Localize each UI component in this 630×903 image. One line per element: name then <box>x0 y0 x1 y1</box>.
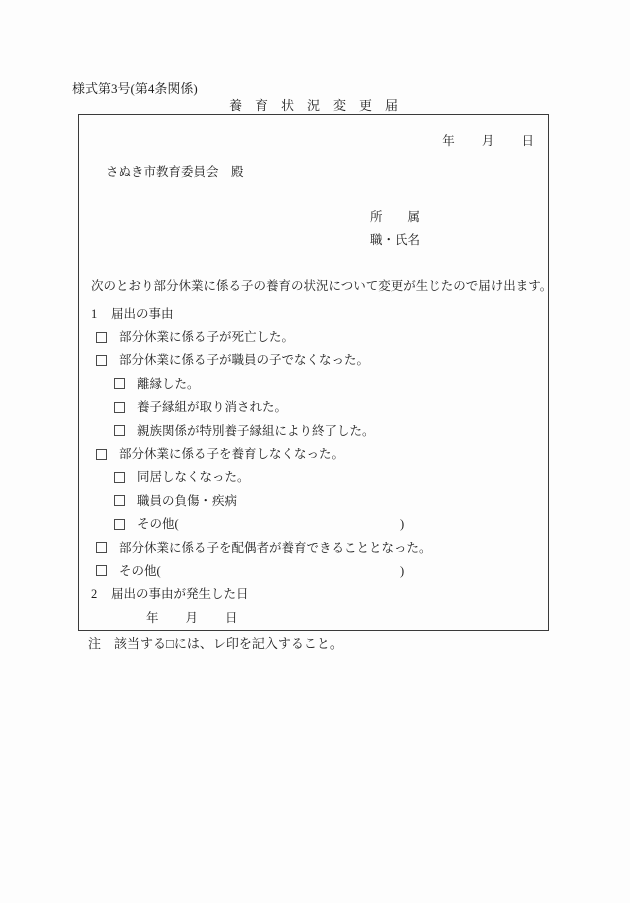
checkbox[interactable] <box>114 472 125 483</box>
checklist-item-label: 同居しなくなった。 <box>137 470 250 484</box>
checkbox[interactable] <box>114 519 125 530</box>
checkbox[interactable] <box>96 355 107 366</box>
document-page: 様式第3号(第4条関係) 養育状況変更届 年 月 日 さぬき市教育委員会 殿 所… <box>0 0 630 903</box>
year-label: 年 <box>442 134 455 148</box>
checklist-item: 同居しなくなった。 <box>79 466 548 489</box>
section-2-heading: 2 届出の事由が発生した日 <box>79 583 548 606</box>
checkbox[interactable] <box>114 402 125 413</box>
checklist: 部分休業に係る子が死亡した。部分休業に係る子が職員の子でなくなった。離縁した。養… <box>79 325 548 582</box>
checklist-item: 部分休業に係る子を配偶者が養育できることとなった。 <box>79 536 548 559</box>
checklist-item: 職員の負傷・疾病 <box>79 489 548 512</box>
checklist-item: その他() <box>79 559 548 582</box>
paren-close: ) <box>400 517 404 531</box>
checklist-item: 離縁した。 <box>79 372 548 395</box>
checklist-item: 親族関係が特別養子縁組により終了した。 <box>79 419 548 442</box>
checklist-item: 養子縁組が取り消された。 <box>79 396 548 419</box>
note-text: 該当する□には、レ印を記入すること。 <box>114 636 343 651</box>
signer-block: 所 属 職・氏名 <box>370 210 548 247</box>
date-line-top: 年 月 日 <box>79 134 548 148</box>
checklist-item: その他() <box>79 513 548 536</box>
checkbox[interactable] <box>96 332 107 343</box>
day-label: 日 <box>521 134 534 148</box>
day-label: 日 <box>225 611 238 625</box>
name-label: 職・氏名 <box>370 233 548 247</box>
checklist-item-label: 部分休業に係る子を養育しなくなった。 <box>119 447 344 461</box>
section-title: 届出の事由 <box>111 307 174 321</box>
year-label: 年 <box>146 611 159 625</box>
checkbox[interactable] <box>96 449 107 460</box>
checklist-item: 部分休業に係る子を養育しなくなった。 <box>79 442 548 465</box>
checklist-item-label: その他( <box>137 517 179 531</box>
checklist-item-label: 部分休業に係る子が死亡した。 <box>119 330 294 344</box>
checkbox[interactable] <box>114 425 125 436</box>
checklist-item-label: その他( <box>119 564 161 578</box>
checkbox[interactable] <box>96 565 107 576</box>
checklist-item-label: 職員の負傷・疾病 <box>137 494 237 508</box>
section-1-heading: 1 届出の事由 <box>79 302 548 325</box>
checkbox[interactable] <box>96 542 107 553</box>
section-title: 届出の事由が発生した日 <box>111 587 249 601</box>
checklist-item-label: 離縁した。 <box>137 377 200 391</box>
checkbox[interactable] <box>114 378 125 389</box>
form-border-box: 年 月 日 さぬき市教育委員会 殿 所 属 職・氏名 次のとおり部分休業に係る子… <box>78 114 549 631</box>
intro-text: 次のとおり部分休業に係る子の養育の状況について変更が生じたので届け出ます。 <box>91 279 548 293</box>
section-number: 2 <box>91 587 111 601</box>
affiliation-label: 所 属 <box>370 210 548 224</box>
month-label: 月 <box>482 134 495 148</box>
checklist-item-label: 親族関係が特別養子縁組により終了した。 <box>137 424 375 438</box>
checklist-item: 部分休業に係る子が死亡した。 <box>79 325 548 348</box>
paren-close: ) <box>400 564 404 578</box>
note-prefix: 注 <box>88 636 101 651</box>
checklist-item-label: 部分休業に係る子を配偶者が養育できることとなった。 <box>119 541 432 555</box>
checklist-item-label: 部分休業に係る子が職員の子でなくなった。 <box>119 353 369 367</box>
checkbox[interactable] <box>114 495 125 506</box>
section-number: 1 <box>91 307 111 321</box>
month-label: 月 <box>186 611 199 625</box>
form-number: 様式第3号(第4条関係) <box>72 82 198 96</box>
date-line-bottom: 年 月 日 <box>79 606 548 629</box>
checklist-item-label: 養子縁組が取り消された。 <box>137 400 287 414</box>
document-title: 養育状況変更届 <box>78 99 549 113</box>
checklist-item: 部分休業に係る子が職員の子でなくなった。 <box>79 349 548 372</box>
note: 注該当する□には、レ印を記入すること。 <box>88 637 343 651</box>
form-body-rows: 1 届出の事由 部分休業に係る子が死亡した。部分休業に係る子が職員の子でなくなっ… <box>79 302 548 629</box>
addressee: さぬき市教育委員会 殿 <box>106 165 548 179</box>
